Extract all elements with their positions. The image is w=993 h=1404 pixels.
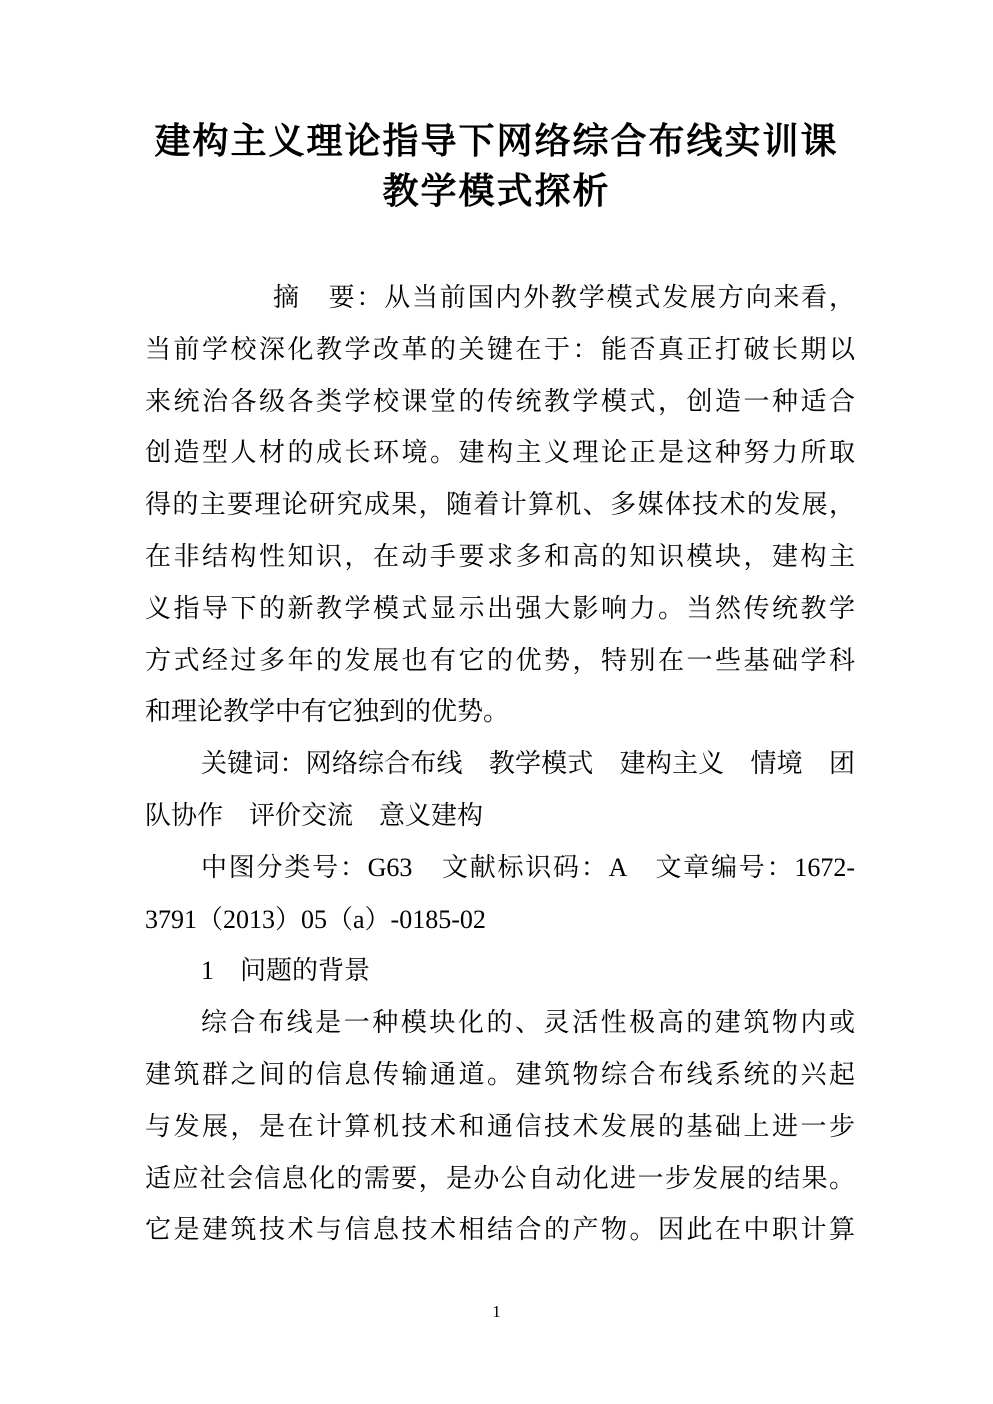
paragraph-line: 它是建筑技术与信息技术相结合的产物。因此在中职计算	[145, 1204, 855, 1256]
document-title: 建构主义理论指导下网络综合布线实训课 教学模式探析	[0, 116, 993, 216]
abstract-line: 当前学校深化教学改革的关键在于：能否真正打破长期以	[145, 324, 855, 376]
paragraph-line: 建筑群之间的信息传输通道。建筑物综合布线系统的兴起	[145, 1049, 855, 1101]
abstract-line: 摘 要：从当前国内外教学模式发展方向来看，	[145, 272, 855, 324]
abstract-line: 创造型人材的成长环境。建构主义理论正是这种努力所取	[145, 427, 855, 479]
abstract-line: 和理论教学中有它独到的优势。	[145, 686, 855, 738]
document-page: 建构主义理论指导下网络综合布线实训课 教学模式探析 摘 要：从当前国内外教学模式…	[0, 0, 993, 1404]
classification-line: 3791（2013）05（a）-0185-02	[145, 894, 855, 946]
abstract-line: 义指导下的新教学模式显示出强大影响力。当然传统教学	[145, 583, 855, 635]
title-line-1: 建构主义理论指导下网络综合布线实训课	[0, 116, 993, 166]
section-heading: 1 问题的背景	[145, 945, 855, 997]
paragraph-line: 与发展，是在计算机技术和通信技术发展的基础上进一步	[145, 1101, 855, 1153]
keywords-line: 关键词：网络综合布线 教学模式 建构主义 情境 团	[145, 738, 855, 790]
abstract-line: 在非结构性知识，在动手要求多和高的知识模块，建构主	[145, 531, 855, 583]
classification-line: 中图分类号：G63 文献标识码：A 文章编号：1672-	[145, 842, 855, 894]
abstract-line: 来统治各级各类学校课堂的传统教学模式，创造一种适合	[145, 376, 855, 428]
keywords-line: 队协作 评价交流 意义建构	[145, 790, 855, 842]
abstract-line: 方式经过多年的发展也有它的优势，特别在一些基础学科	[145, 635, 855, 687]
paragraph-line: 适应社会信息化的需要，是办公自动化进一步发展的结果。	[145, 1153, 855, 1205]
paragraph-line: 综合布线是一种模块化的、灵活性极高的建筑物内或	[145, 997, 855, 1049]
page-number: 1	[0, 1300, 993, 1324]
title-line-2: 教学模式探析	[0, 166, 993, 216]
abstract-line: 得的主要理论研究成果，随着计算机、多媒体技术的发展，	[145, 479, 855, 531]
document-body: 摘 要：从当前国内外教学模式发展方向来看， 当前学校深化教学改革的关键在于：能否…	[145, 272, 855, 1256]
